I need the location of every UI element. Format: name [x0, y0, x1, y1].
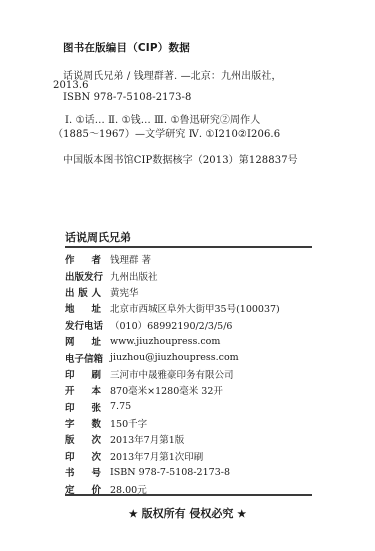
info-label-char: 印 — [65, 400, 75, 414]
info-label-char: 电 — [65, 351, 75, 365]
info-value: ISBN 978-7-5108-2173-8 — [110, 467, 230, 478]
info-label-char: 数 — [91, 416, 101, 430]
info-row: 作者钱理群 著 — [65, 251, 280, 267]
publication-info-table: 作者钱理群 著出版发行九州出版社出版人黄宪华地址北京市西城区阜外大街甲35号(1… — [65, 251, 280, 497]
info-label: 电子信箱 — [65, 351, 101, 365]
star-icon: ★ — [129, 509, 138, 520]
info-row: 书号ISBN 978-7-5108-2173-8 — [65, 464, 280, 480]
info-label: 地址 — [65, 301, 101, 315]
top-divider — [65, 246, 312, 248]
cip-heading: 图书在版编目（CIP）数据 — [63, 40, 190, 55]
cip-title-line: 话说周氏兄弟 / 钱理群著. —北京：九州出版社， — [63, 67, 282, 82]
info-row: 字数150千字 — [65, 415, 280, 431]
info-row: 印次2013年7月第1次印刷 — [65, 448, 280, 464]
info-label-char: 箱 — [94, 351, 104, 365]
info-label-char: 次 — [91, 432, 101, 446]
info-label-char: 出 — [65, 285, 75, 299]
info-row: 印刷三河市中晟雅豪印务有限公司 — [65, 366, 280, 382]
info-label-char: 址 — [91, 301, 101, 315]
info-value: jiuzhou@jiuzhoupress.com — [110, 352, 239, 363]
info-value: www.jiuzhoupress.com — [110, 336, 220, 347]
info-label: 开本 — [65, 383, 101, 397]
info-label-char: 字 — [65, 416, 75, 430]
info-label-char: 址 — [91, 334, 101, 348]
info-label-char: 信 — [84, 351, 94, 365]
cip-subject-line-continued: （1885～1967）—文学研究 Ⅳ. ①I210②I206.6 — [53, 125, 280, 140]
info-label-char: 发 — [65, 318, 75, 332]
info-label: 出版发行 — [65, 269, 101, 283]
copyright-notice: ★ 版权所有 侵权必究 ★ — [0, 505, 375, 521]
info-label-char: 版 — [65, 432, 75, 446]
cip-subject-line: Ⅰ. ①话… Ⅱ. ①钱… Ⅲ. ①鲁迅研究②周作人 — [65, 111, 260, 126]
info-label-char: 人 — [91, 285, 101, 299]
info-label-char: 网 — [65, 334, 75, 348]
info-row: 电子信箱jiuzhou@jiuzhoupress.com — [65, 349, 280, 365]
cip-date-line: 2013.6 — [53, 80, 89, 91]
book-title: 话说周氏兄弟 — [65, 229, 131, 245]
info-row: 印张7.75 — [65, 399, 280, 415]
info-row: 发行电话（010）68992190/2/3/5/6 — [65, 317, 280, 333]
copyright-text: 版权所有 侵权必究 — [142, 507, 234, 520]
info-row: 网址www.jiuzhoupress.com — [65, 333, 280, 349]
cip-isbn-line: ISBN 978-7-5108-2173-8 — [63, 92, 192, 103]
info-label: 出版人 — [65, 285, 101, 299]
info-label-char: 次 — [91, 449, 101, 463]
info-label-char: 出 — [65, 269, 75, 283]
star-icon: ★ — [237, 509, 246, 520]
info-label-char: 版 — [78, 285, 88, 299]
info-label-char: 开 — [65, 383, 75, 397]
info-label-char: 书 — [65, 465, 75, 479]
info-label-char: 地 — [65, 301, 75, 315]
bottom-divider — [65, 494, 312, 496]
info-value: 北京市西城区阜外大街甲35号(100037) — [110, 301, 280, 315]
info-label: 印次 — [65, 449, 101, 463]
info-row: 开本870毫米×1280毫米 32开 — [65, 382, 280, 398]
info-value: 九州出版社 — [110, 269, 158, 283]
info-value: 150千字 — [110, 416, 147, 430]
cip-record-number: 中国版本图书馆CIP数据核字（2013）第128837号 — [63, 151, 298, 166]
info-label: 印刷 — [65, 367, 101, 381]
info-label-char: 刷 — [91, 367, 101, 381]
info-value: 7.75 — [110, 401, 131, 412]
info-label-char: 印 — [65, 449, 75, 463]
info-value: 钱理群 著 — [110, 252, 151, 266]
info-row: 版次2013年7月第1版 — [65, 431, 280, 447]
info-label: 发行电话 — [65, 318, 101, 332]
info-label-char: 张 — [91, 400, 101, 414]
info-label-char: 者 — [91, 252, 101, 266]
info-value: 三河市中晟雅豪印务有限公司 — [110, 367, 234, 381]
info-value: 870毫米×1280毫米 32开 — [110, 383, 223, 397]
info-label-char: 话 — [94, 318, 104, 332]
info-label: 作者 — [65, 252, 101, 266]
info-value: 2013年7月第1次印刷 — [110, 449, 203, 463]
info-label: 书号 — [65, 465, 101, 479]
info-label-char: 号 — [91, 465, 101, 479]
info-value: （010）68992190/2/3/5/6 — [110, 318, 232, 332]
info-label: 印张 — [65, 400, 101, 414]
info-value: 黄宪华 — [110, 285, 139, 299]
info-label-char: 版 — [75, 269, 85, 283]
info-label-char: 作 — [65, 252, 75, 266]
info-row: 地址北京市西城区阜外大街甲35号(100037) — [65, 300, 280, 316]
info-label-char: 行 — [75, 318, 85, 332]
info-label: 版次 — [65, 432, 101, 446]
info-value: 2013年7月第1版 — [110, 432, 184, 446]
info-label-char: 子 — [75, 351, 85, 365]
info-label-char: 电 — [84, 318, 94, 332]
info-label: 字数 — [65, 416, 101, 430]
info-row: 出版人黄宪华 — [65, 284, 280, 300]
info-label-char: 行 — [94, 269, 104, 283]
info-label-char: 印 — [65, 367, 75, 381]
info-row: 出版发行九州出版社 — [65, 267, 280, 283]
info-label: 网址 — [65, 334, 101, 348]
info-label-char: 本 — [91, 383, 101, 397]
info-label-char: 发 — [84, 269, 94, 283]
